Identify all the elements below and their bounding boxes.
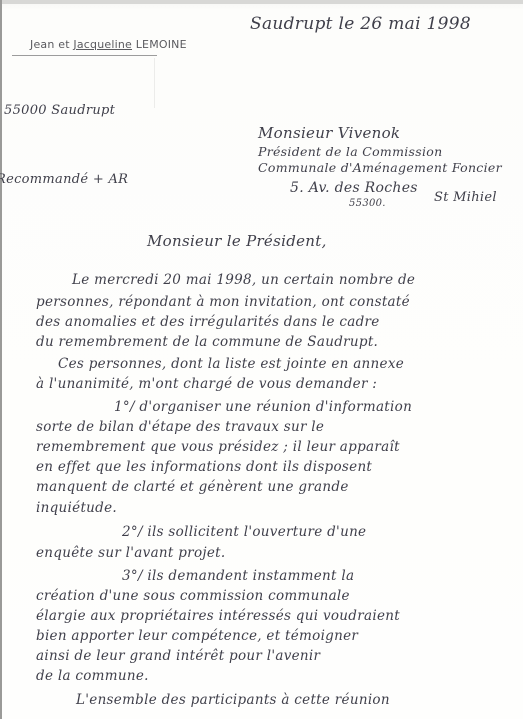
body-line: Le mercredi 20 mai 1998, un certain nomb…	[72, 272, 415, 288]
recipient-name: Monsieur Vivenok	[258, 124, 400, 142]
letterhead-rule	[12, 55, 157, 56]
body-line: sorte de bilan d'étape des travaux sur l…	[36, 419, 324, 435]
recipient-title-line1: Président de la Commission	[258, 144, 442, 159]
scanned-letter-page: Saudrupt le 26 mai 1998 Jean et Jacqueli…	[0, 0, 523, 719]
sender-postal-line: 55000 Saudrupt	[4, 103, 115, 118]
body-line: élargie aux propriétaires intéressés qui…	[36, 608, 400, 624]
body-line: à l'unanimité, m'ont chargé de vous dema…	[36, 376, 377, 392]
letterhead-faint-box	[14, 58, 155, 108]
place-and-date: Saudrupt le 26 mai 1998	[250, 14, 471, 34]
body-line: du remembrement de la commune de Saudrup…	[36, 334, 378, 350]
letterhead-names: Jean et Jacqueline LEMOINE	[30, 38, 187, 51]
body-line: L'ensemble des participants à cette réun…	[76, 692, 390, 708]
mailing-note: Recommandé + AR	[0, 172, 128, 187]
salutation: Monsieur le Président,	[147, 232, 327, 250]
letterhead-underlined-name: Jacqueline	[73, 38, 132, 51]
body-line: de la commune.	[36, 668, 149, 684]
body-line: ainsi de leur grand intérêt pour l'aveni…	[36, 648, 320, 664]
recipient-title-line2: Communale d'Aménagement Foncier	[258, 160, 502, 175]
body-line: manquent de clarté et génèrent une grand…	[36, 479, 349, 495]
body-line: création d'une sous commission communale	[36, 588, 350, 604]
body-line: remembrement que vous présidez ; il leur…	[36, 439, 400, 455]
body-line: 2°/ ils sollicitent l'ouverture d'une	[122, 524, 366, 540]
body-line: Ces personnes, dont la liste est jointe …	[58, 356, 404, 372]
body-line: 3°/ ils demandent instamment la	[122, 568, 354, 584]
recipient-postcode: 55300.	[349, 198, 386, 209]
body-line: en effet que les informations dont ils d…	[36, 459, 372, 475]
body-line: bien apporter leur compétence, et témoig…	[36, 628, 358, 644]
letterhead-prefix: Jean et	[30, 38, 73, 51]
scan-edge-shadow	[2, 0, 523, 4]
body-line: des anomalies et des irrégularités dans …	[36, 314, 380, 330]
body-line: enquête sur l'avant projet.	[36, 545, 225, 561]
letterhead-surname: LEMOINE	[132, 38, 187, 51]
body-line: inquiétude.	[36, 500, 117, 516]
recipient-city: St Mihiel	[434, 190, 497, 205]
body-line: 1°/ d'organiser une réunion d'informatio…	[114, 399, 412, 415]
recipient-address: 5. Av. des Roches	[290, 180, 418, 196]
body-line: personnes, répondant à mon invitation, o…	[36, 294, 410, 310]
